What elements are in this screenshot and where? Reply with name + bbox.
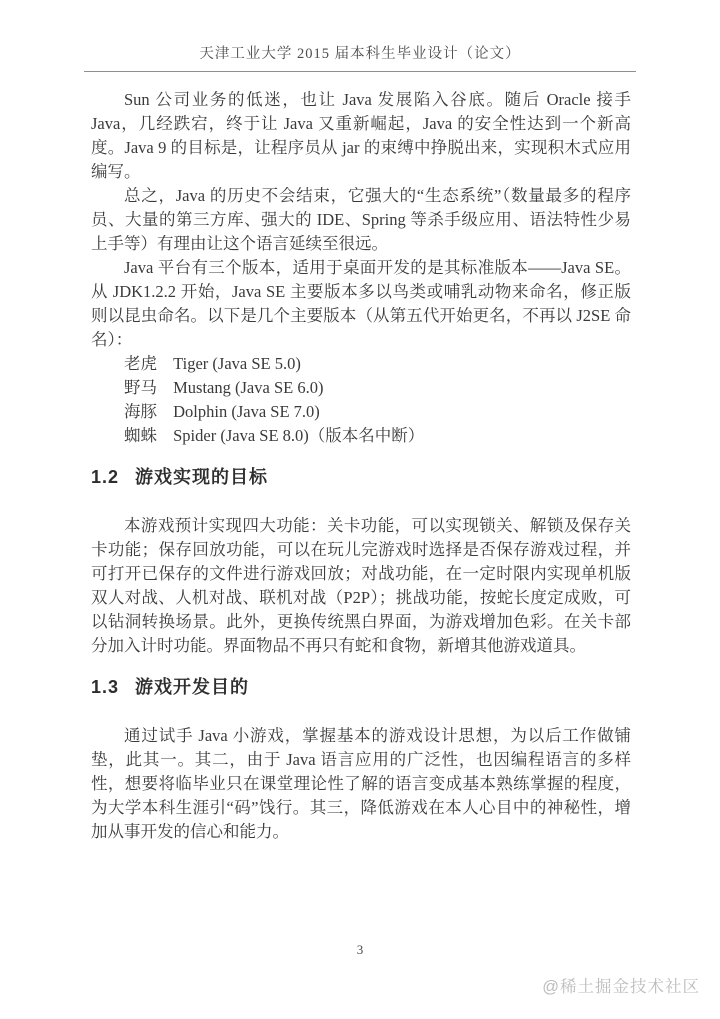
section-title: 游戏开发目的 — [135, 674, 249, 700]
section-heading-1-2: 1.2 游戏实现的目标 — [91, 464, 631, 490]
version-name-en: Dolphin (Java SE 7.0) — [173, 400, 320, 424]
version-name-en: Spider (Java SE 8.0)（版本名中断） — [173, 424, 424, 448]
java-version-list: 老虎 Tiger (Java SE 5.0) 野马 Mustang (Java … — [91, 352, 631, 448]
paragraph-java-platform: Java 平台有三个版本，适用于桌面开发的是其标准版本——Java SE。从 J… — [91, 256, 631, 352]
header-rule — [84, 71, 636, 72]
document-body: Sun 公司业务的低迷，也让 Java 发展陷入谷底。随后 Oracle 接手 … — [91, 88, 631, 844]
section-number: 1.2 — [91, 464, 119, 490]
paragraph-sun-oracle: Sun 公司业务的低迷，也让 Java 发展陷入谷底。随后 Oracle 接手 … — [91, 88, 631, 184]
paragraph-dev-purpose: 通过试手 Java 小游戏，掌握基本的游戏设计思想，为以后工作做铺垫，此其一。其… — [91, 724, 631, 844]
list-item: 老虎 Tiger (Java SE 5.0) — [124, 352, 631, 376]
watermark: @稀土掘金技术社区 — [542, 973, 700, 997]
version-name-cn: 野马 — [124, 376, 157, 400]
section-number: 1.3 — [91, 674, 119, 700]
paragraph-game-goals: 本游戏预计实现四大功能：关卡功能，可以实现锁关、解锁及保存关卡功能；保存回放功能… — [91, 514, 631, 658]
paragraph-java-history: 总之，Java 的历史不会结束，它强大的“生态系统”（数量最多的程序员、大量的第… — [91, 184, 631, 256]
version-name-en: Mustang (Java SE 6.0) — [173, 376, 323, 400]
version-name-en: Tiger (Java SE 5.0) — [173, 352, 301, 376]
page-header-title: 天津工业大学 2015 届本科生毕业设计（论文） — [0, 0, 720, 64]
version-name-cn: 蜘蛛 — [124, 424, 157, 448]
version-name-cn: 老虎 — [124, 352, 157, 376]
page-header: 天津工业大学 2015 届本科生毕业设计（论文） — [0, 0, 720, 72]
list-item: 野马 Mustang (Java SE 6.0) — [124, 376, 631, 400]
section-heading-1-3: 1.3 游戏开发目的 — [91, 674, 631, 700]
section-title: 游戏实现的目标 — [135, 464, 268, 490]
list-item: 海豚 Dolphin (Java SE 7.0) — [124, 400, 631, 424]
version-name-cn: 海豚 — [124, 400, 157, 424]
document-page: 天津工业大学 2015 届本科生毕业设计（论文） Sun 公司业务的低迷，也让 … — [0, 0, 720, 1019]
list-item: 蜘蛛 Spider (Java SE 8.0)（版本名中断） — [124, 424, 631, 448]
page-number: 3 — [0, 942, 720, 958]
